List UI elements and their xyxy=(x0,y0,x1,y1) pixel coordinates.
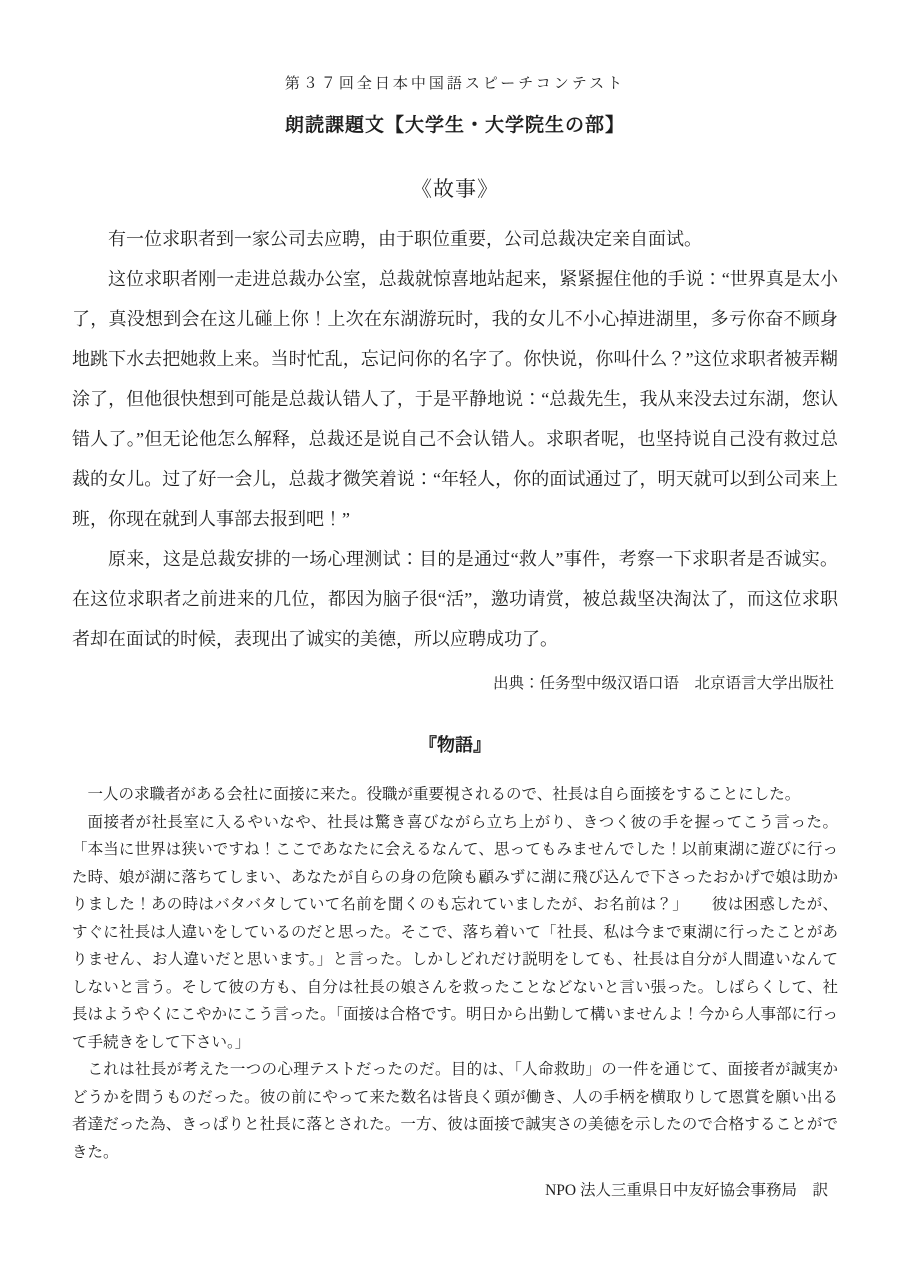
chinese-paragraph-1: 有一位求职者到一家公司去应聘，由于职位重要，公司总裁决定亲自面试。 xyxy=(72,219,838,259)
chinese-story-title: 《故事》 xyxy=(72,173,838,203)
document-page: 第３７回全日本中国語スピーチコンテスト 朗読課題文【大学生・大学院生の部】 《故… xyxy=(0,0,904,1280)
japanese-paragraph-2: 面接者が社長室に入るやいなや、社長は驚き喜びながら立ち上がり、きつく彼の手を握っ… xyxy=(72,809,838,1057)
chinese-text-section: 《故事》 有一位求职者到一家公司去应聘，由于职位重要，公司总裁决定亲自面试。 这… xyxy=(72,173,838,695)
japanese-paragraph-1: 一人の求職者がある会社に面接に来た。役職が重要視されるので、社長は自ら面接をする… xyxy=(72,781,838,809)
document-header: 第３７回全日本中国語スピーチコンテスト 朗読課題文【大学生・大学院生の部】 xyxy=(72,72,838,137)
source-attribution: 出典：任务型中级汉语口语 北京语言大学出版社 xyxy=(72,673,834,695)
section-heading: 朗読課題文【大学生・大学院生の部】 xyxy=(72,110,838,137)
chinese-paragraph-3: 原来，这是总裁安排的一场心理测试：目的是通过“救人”事件，考察一下求职者是否诚实… xyxy=(72,539,838,659)
contest-title: 第３７回全日本中国語スピーチコンテスト xyxy=(72,72,838,93)
translation-credit: NPO 法人三重県日中友好協会事務局 訳 xyxy=(72,1179,828,1203)
japanese-story-body: 一人の求職者がある会社に面接に来た。役職が重要視されるので、社長は自ら面接をする… xyxy=(72,781,838,1166)
chinese-story-body: 有一位求职者到一家公司去应聘，由于职位重要，公司总裁决定亲自面试。 这位求职者刚… xyxy=(72,219,838,659)
japanese-story-title: 『物語』 xyxy=(72,731,838,757)
chinese-paragraph-2: 这位求职者刚一走进总裁办公室，总裁就惊喜地站起来，紧紧握住他的手说：“世界真是太… xyxy=(72,259,838,539)
japanese-translation-section: 『物語』 一人の求職者がある会社に面接に来た。役職が重要視されるので、社長は自ら… xyxy=(72,731,838,1203)
japanese-paragraph-3: これは社長が考えた一つの心理テストだったのだ。目的は、「人命救助」の一件を通じて… xyxy=(72,1056,838,1166)
